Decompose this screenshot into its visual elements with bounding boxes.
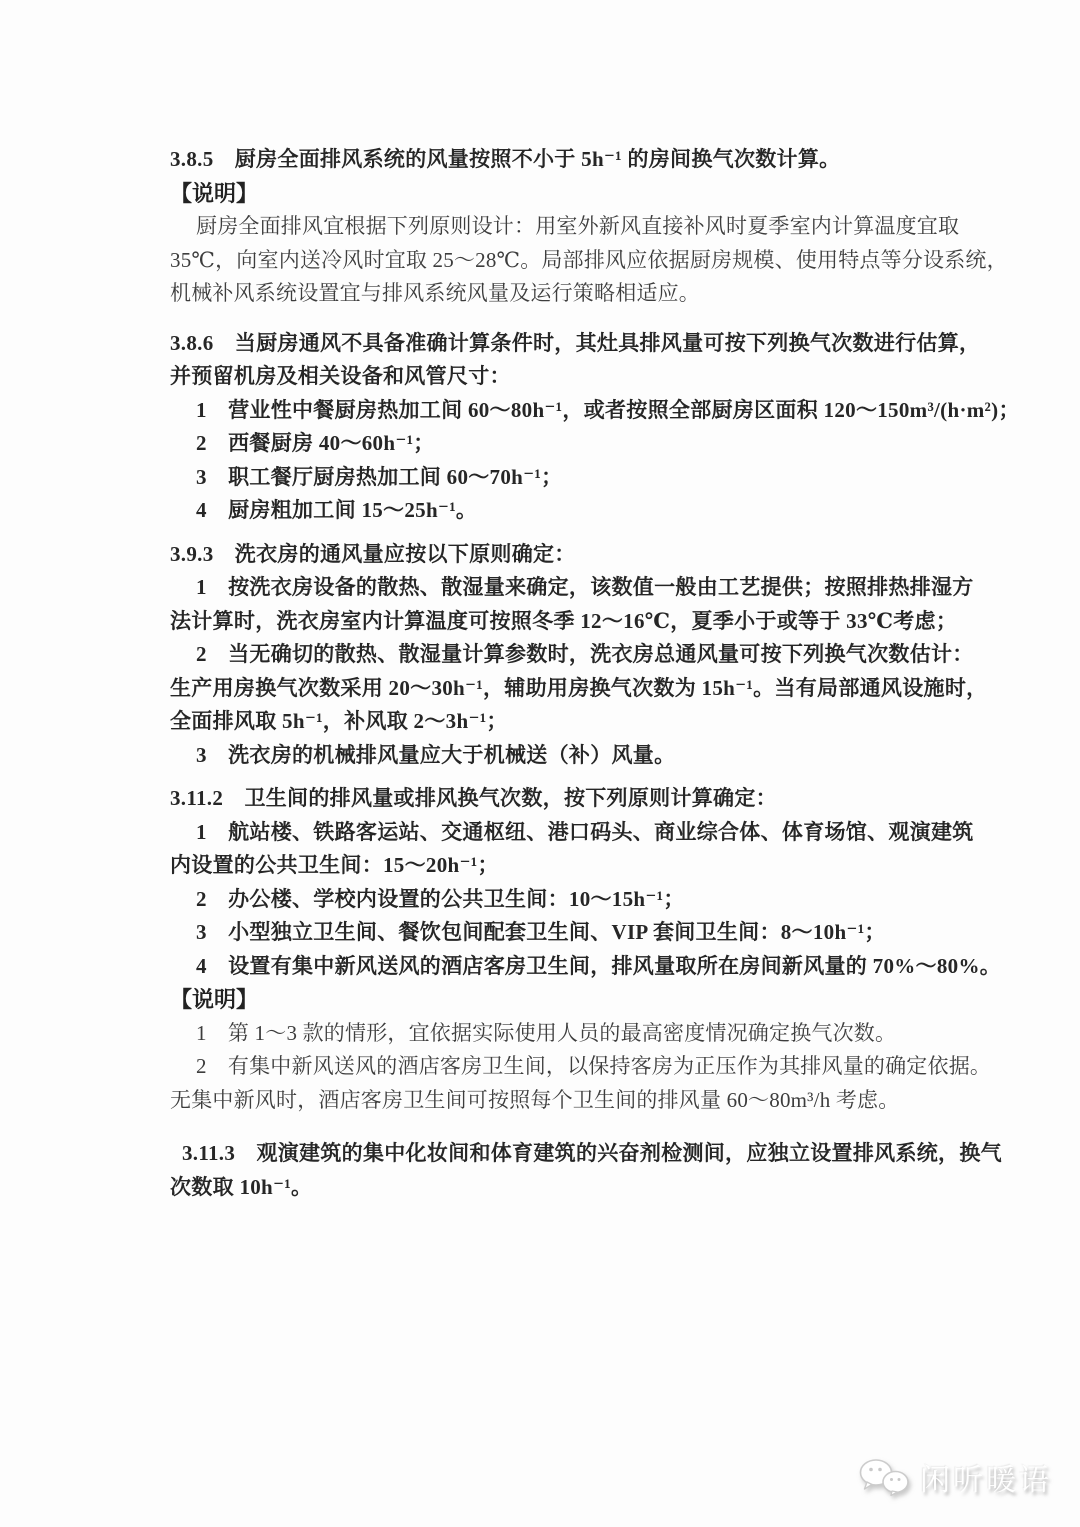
text-line: 3.8.6 当厨房通风不具备准确计算条件时，其灶具排风量可按下列换气次数进行估算… — [170, 327, 918, 361]
list-item: 3 洗衣房的机械排风量应大于机械送（补）风量。 — [170, 739, 918, 773]
clause-3-9-3: 3.9.3 洗衣房的通风量应按以下原则确定： 1 按洗衣房设备的散热、散湿量来确… — [170, 538, 918, 773]
explanation-3-8-5: 厨房全面排风宜根据下列原则设计：用室外新风直接补风时夏季室内计算温度宜取 35℃… — [170, 210, 918, 311]
text-line: 3.11.2 卫生间的排风量或排风换气次数，按下列原则计算确定： — [170, 782, 918, 816]
clause-3-8-5-line: 3.8.5 厨房全面排风系统的风量按照不小于 5h⁻¹ 的房间换气次数计算。 — [170, 143, 918, 177]
text-line: 并预留机房及相关设备和风管尺寸： — [170, 360, 918, 394]
text-line: 3.9.3 洗衣房的通风量应按以下原则确定： — [170, 538, 918, 572]
list-item: 1 航站楼、铁路客运站、交通枢纽、港口码头、商业综合体、体育场馆、观演建筑 — [170, 816, 918, 850]
list-item: 2 有集中新风送风的酒店客房卫生间，以保持客房为正压作为其排风量的确定依据。 — [170, 1050, 918, 1084]
document-content: 3.8.5 厨房全面排风系统的风量按照不小于 5h⁻¹ 的房间换气次数计算。 【… — [170, 143, 918, 1204]
explanation-label-text: 【说明】 — [170, 177, 918, 211]
document-page: 3.8.5 厨房全面排风系统的风量按照不小于 5h⁻¹ 的房间换气次数计算。 【… — [0, 0, 1080, 1527]
watermark: 闲听暖语 — [858, 1455, 1052, 1499]
clause-3-11-3: 3.11.3 观演建筑的集中化妆间和体育建筑的兴奋剂检测间，应独立设置排风系统，… — [170, 1137, 918, 1204]
list-item: 2 当无确切的散热、散湿量计算参数时，洗衣房总通风量可按下列换气次数估计： — [170, 638, 918, 672]
explanation-3-11-2: 1 第 1～3 款的情形，宜依据实际使用人员的最高密度情况确定换气次数。 2 有… — [170, 1017, 918, 1118]
text-line: 3.11.3 观演建筑的集中化妆间和体育建筑的兴奋剂检测间，应独立设置排风系统，… — [170, 1137, 918, 1171]
clause-3-8-5: 3.8.5 厨房全面排风系统的风量按照不小于 5h⁻¹ 的房间换气次数计算。 — [170, 143, 918, 177]
list-item: 4 厨房粗加工间 15～25h⁻¹。 — [170, 494, 918, 528]
text-line: 无集中新风时，酒店客房卫生间可按照每个卫生间的排风量 60～80m³/h 考虑。 — [170, 1084, 918, 1118]
text-line: 法计算时，洗衣房室内计算温度可按照冬季 12～16℃，夏季小于或等于 33℃考虑… — [170, 605, 918, 639]
list-item: 3 职工餐厅厨房热加工间 60～70h⁻¹； — [170, 461, 918, 495]
clause-3-11-2: 3.11.2 卫生间的排风量或排风换气次数，按下列原则计算确定： 1 航站楼、铁… — [170, 782, 918, 983]
text-line: 次数取 10h⁻¹。 — [170, 1171, 918, 1205]
text-line: 生产用房换气次数采用 20～30h⁻¹，辅助用房换气次数为 15h⁻¹。当有局部… — [170, 672, 918, 706]
clause-3-8-6: 3.8.6 当厨房通风不具备准确计算条件时，其灶具排风量可按下列换气次数进行估算… — [170, 327, 918, 528]
text-line: 内设置的公共卫生间：15～20h⁻¹； — [170, 849, 918, 883]
list-item: 1 第 1～3 款的情形，宜依据实际使用人员的最高密度情况确定换气次数。 — [170, 1017, 918, 1051]
text-line: 35℃，向室内送冷风时宜取 25～28℃。局部排风应依据厨房规模、使用特点等分设… — [170, 244, 918, 278]
list-item: 1 营业性中餐厨房热加工间 60～80h⁻¹，或者按照全部厨房区面积 120～1… — [170, 394, 918, 428]
wechat-icon — [858, 1458, 910, 1496]
explanation-label-text: 【说明】 — [170, 983, 918, 1017]
text-line: 厨房全面排风宜根据下列原则设计：用室外新风直接补风时夏季室内计算温度宜取 — [170, 210, 918, 244]
list-item: 3 小型独立卫生间、餐饮包间配套卫生间、VIP 套间卫生间：8～10h⁻¹； — [170, 916, 918, 950]
list-item: 2 西餐厨房 40～60h⁻¹； — [170, 427, 918, 461]
watermark-label: 闲听暖语 — [920, 1455, 1052, 1499]
explanation-label-2: 【说明】 — [170, 983, 918, 1017]
list-item: 1 按洗衣房设备的散热、散湿量来确定，该数值一般由工艺提供；按照排热排湿方 — [170, 571, 918, 605]
list-item: 2 办公楼、学校内设置的公共卫生间：10～15h⁻¹； — [170, 883, 918, 917]
explanation-label-1: 【说明】 — [170, 177, 918, 211]
text-line: 机械补风系统设置宜与排风系统风量及运行策略相适应。 — [170, 277, 918, 311]
text-line: 全面排风取 5h⁻¹，补风取 2～3h⁻¹； — [170, 705, 918, 739]
list-item: 4 设置有集中新风送风的酒店客房卫生间，排风量取所在房间新风量的 70%～80%… — [170, 950, 918, 984]
